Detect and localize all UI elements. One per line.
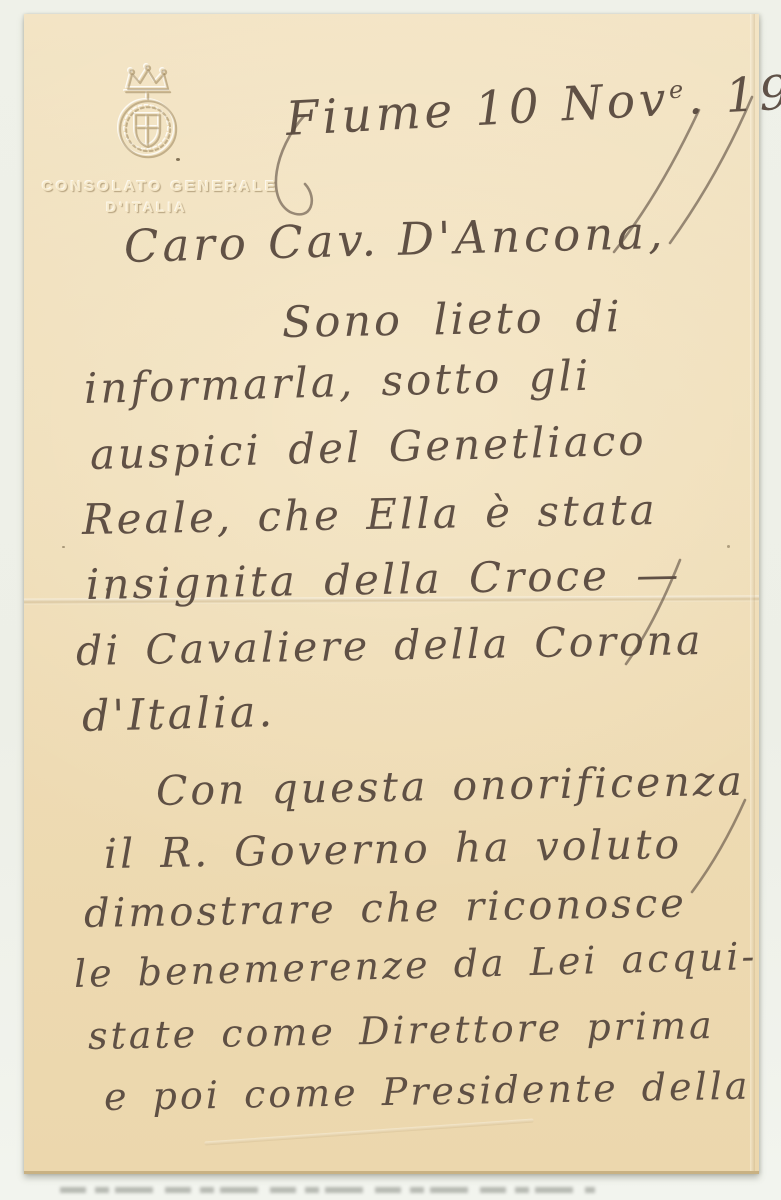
letter-scan: CONSOLATO GENERALE D'ITALIA Fiume 10 Nov… [0, 0, 781, 1200]
paper-speck [727, 545, 730, 548]
handwritten-line: d'Italia. [81, 687, 275, 742]
handwritten-line: auspici del Genetliaco [89, 415, 647, 479]
handwritten-line: Reale, che Ella è stata [82, 485, 659, 544]
handwritten-line: insignita della Croce — [86, 550, 682, 609]
handwritten-line: di Cavaliere della Corona [76, 616, 704, 675]
dateline-year: . 1911 [686, 62, 781, 126]
dateline: Fiume 10 Nove. 1911 [285, 62, 781, 147]
dateline-superscript: e [668, 75, 688, 104]
second-sheet-edge [750, 14, 755, 1171]
dateline-main: Fiume 10 Nov [285, 72, 671, 147]
letterhead-line2: D'ITALIA [42, 199, 252, 215]
handwritten-line: state come Direttore prima [88, 1003, 715, 1058]
paper-speck [62, 546, 65, 548]
handwritten-line: dimostrare che riconosce [84, 880, 688, 937]
letterhead-line1: CONSOLATO GENERALE [42, 178, 252, 195]
handwritten-line: le benemerenze da Lei acqui- [73, 934, 757, 996]
handwritten-line: informarla, sotto gli [83, 351, 592, 413]
letter-paper: CONSOLATO GENERALE D'ITALIA Fiume 10 Nov… [24, 14, 759, 1174]
under-paper-bleed-text [55, 1182, 615, 1196]
royal-crest-icon [87, 62, 207, 174]
handwritten-line: Caro Cav. D'Ancona, [123, 206, 667, 273]
handwritten-line: Sono lieto di [282, 292, 623, 348]
letterhead: CONSOLATO GENERALE D'ITALIA [42, 62, 252, 215]
handwritten-line: il R. Governo ha voluto [104, 820, 683, 878]
bottom-crease [204, 1118, 533, 1145]
handwritten-line: Con questa onorificenza [156, 757, 746, 815]
handwritten-line: e poi come Presidente della [104, 1064, 751, 1119]
